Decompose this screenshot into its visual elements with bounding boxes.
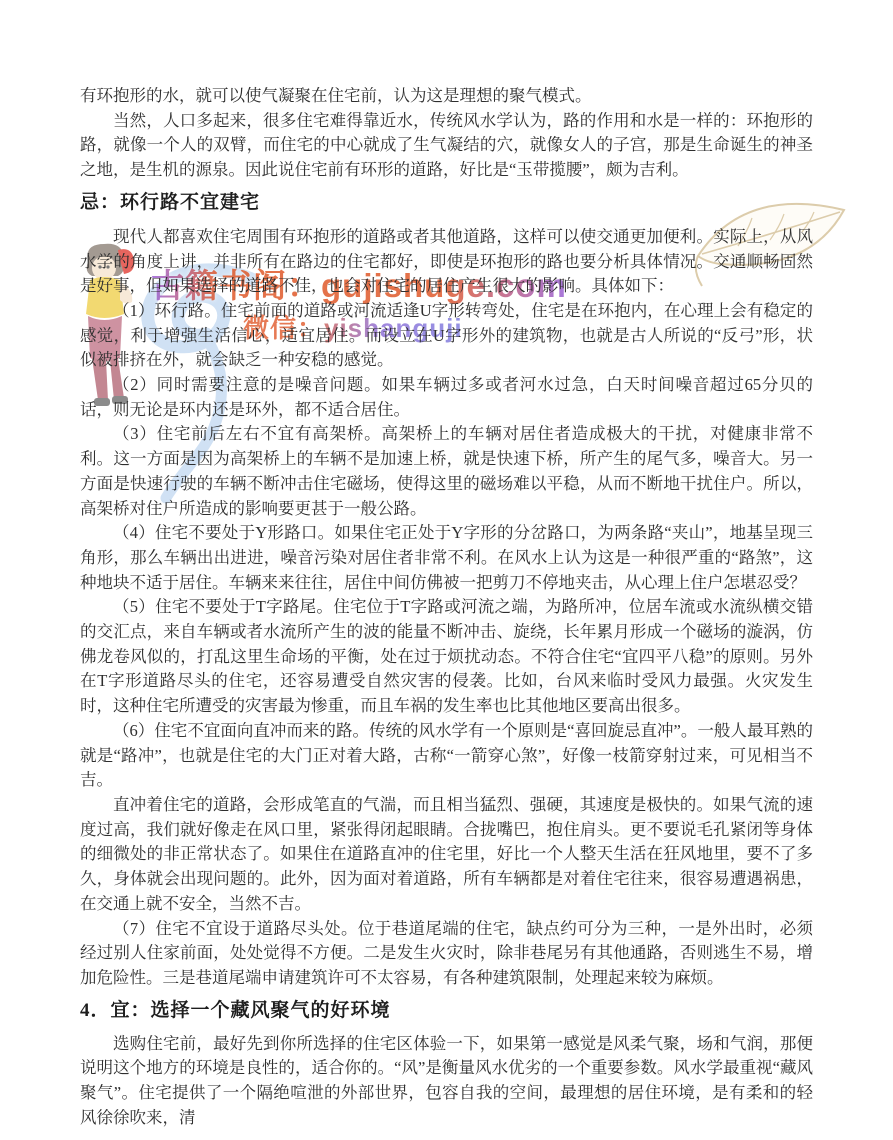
document-text-block: 有环抱形的水，就可以使气凝聚在住宅前，认为这是理想的聚气模式。 当然，人口多起来… (80, 84, 813, 1130)
list-item-2: （2）同时需要注意的是噪音问题。如果车辆过多或者河水过急，白天时间噪音超过65分… (80, 373, 813, 422)
document-page: { "page": { "background": "#ffffff", "te… (0, 0, 893, 1140)
paragraph: 选购住宅前，最好先到你所选择的住宅区体验一下，如果第一感觉是风柔气聚，场和气润，… (80, 1032, 813, 1131)
paragraph: 现代人都喜欢住宅周围有环抱形的道路或者其他道路，这样可以使交通更加便利。实际上，… (80, 225, 813, 299)
section-heading-yi: 4．宜：选择一个藏风聚气的好环境 (80, 999, 813, 1023)
paragraph: 直冲着住宅的道路，会形成笔直的气湍，而且相当猛烈、强硬，其速度是极快的。如果气流… (80, 793, 813, 917)
list-item-5: （5）住宅不要处于T字路尾。住宅位于T字路或河流之端，为路所冲，位居车流或水流纵… (80, 595, 813, 719)
page-background: 古籍书阁：gujishuge.com 微信：yishanguji 有环抱形的水，… (0, 0, 893, 1140)
list-item-4: （4）住宅不要处于Y形路口。如果住宅正处于Y字形的分岔路口，为两条路“夹山”，地… (80, 521, 813, 595)
list-item-7: （7）住宅不宜设于道路尽头处。位于巷道尾端的住宅，缺点约可分为三种，一是外出时，… (80, 917, 813, 991)
paragraph-continuation: 有环抱形的水，就可以使气凝聚在住宅前，认为这是理想的聚气模式。 (80, 84, 813, 109)
list-item-1: （1）环行路。住宅前面的道路或河流适逢U字形转弯处，住宅是在环抱内，在心理上会有… (80, 299, 813, 373)
paragraph: 当然，人口多起来，很多住宅难得靠近水，传统风水学认为，路的作用和水是一样的：环抱… (80, 109, 813, 183)
list-item-6: （6）住宅不宜面向直冲而来的路。传统的风水学有一个原则是“喜回旋忌直冲”。一般人… (80, 719, 813, 793)
section-heading-ji: 忌：环行路不宜建宅 (80, 191, 813, 215)
list-item-3: （3）住宅前后左右不宜有高架桥。高架桥上的车辆对居住者造成极大的干扰，对健康非常… (80, 422, 813, 521)
